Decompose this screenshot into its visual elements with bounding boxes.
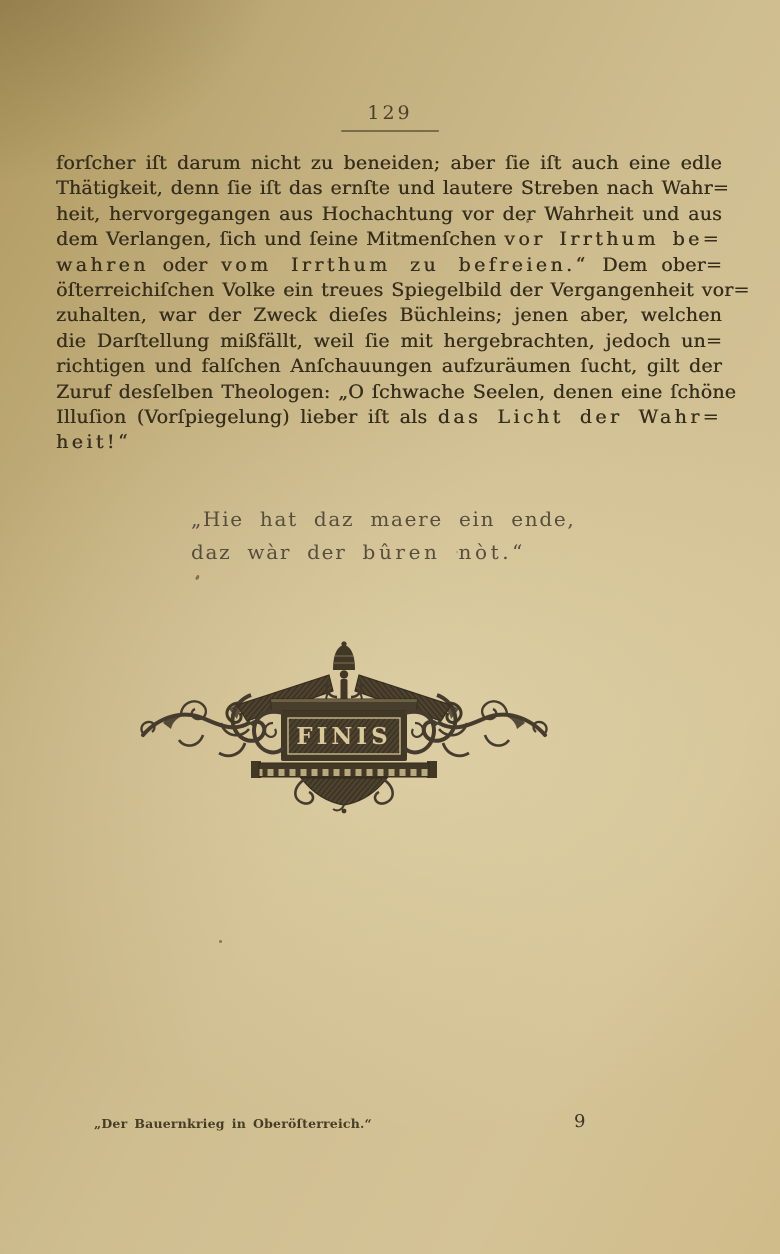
body-line: zuhalten, war der Zweck dieſes Büchleins… bbox=[56, 303, 722, 328]
text-segment: oder bbox=[149, 254, 221, 276]
page-number: 129 bbox=[0, 102, 780, 124]
ink-speck bbox=[219, 940, 222, 943]
text-segment: Dem ober= bbox=[589, 254, 722, 276]
verse-line: „Hie hat daz maere ein ende, bbox=[191, 503, 575, 536]
text-segment: Illuſion (Vorſpiegelung) lieber iſt als bbox=[56, 406, 438, 428]
text-segment: vor Irrthum be= bbox=[504, 228, 722, 250]
text-segment: heit, hervorgegangen aus Hochachtung vor… bbox=[56, 203, 722, 225]
text-segment: dem Verlangen, ſich und ſeine Mitmenſche… bbox=[56, 228, 504, 250]
text-segment: heit!“ bbox=[56, 431, 131, 453]
ink-speck bbox=[526, 220, 529, 223]
body-line: Zuruf desſelben Theologen: „O ſchwache S… bbox=[56, 380, 722, 405]
text-segment: Thätigkeit, denn ſie iſt das ernſte und … bbox=[56, 177, 729, 199]
body-line: forſcher iſt darum nicht zu beneiden; ab… bbox=[56, 151, 722, 176]
body-line: dem Verlangen, ſich und ſeine Mitmenſche… bbox=[56, 227, 722, 252]
text-segment: „Hie hat daz maere ein ende, bbox=[191, 507, 575, 531]
verse-line: daz wàr der bûren nòt.“ bbox=[191, 536, 575, 569]
finis-ornament: FINIS bbox=[133, 639, 555, 817]
text-segment: die Darſtellung mißfällt, weil ſie mit h… bbox=[56, 330, 722, 352]
body-paragraph: forſcher iſt darum nicht zu beneiden; ab… bbox=[56, 151, 722, 456]
ink-speck bbox=[195, 575, 200, 581]
finis-ornament-graphic: FINIS bbox=[133, 639, 555, 817]
body-line: die Darſtellung mißfällt, weil ſie mit h… bbox=[56, 329, 722, 354]
text-segment: forſcher iſt darum nicht zu beneiden; ab… bbox=[56, 152, 722, 174]
body-line: heit, hervorgegangen aus Hochachtung vor… bbox=[56, 202, 722, 227]
footer-signature-number: 9 bbox=[574, 1111, 585, 1132]
book-page: 129 forſcher iſt darum nicht zu beneiden… bbox=[0, 0, 780, 1254]
text-segment: Zuruf desſelben Theologen: „O ſchwache S… bbox=[56, 381, 736, 403]
body-line: Illuſion (Vorſpiegelung) lieber iſt als … bbox=[56, 405, 722, 430]
text-segment: richtigen und falſchen Anſchauungen aufz… bbox=[56, 355, 722, 377]
text-segment: das Licht der Wahr= bbox=[438, 406, 722, 428]
page-number-rule bbox=[341, 130, 439, 132]
text-segment: vom Irrthum zu befreien.“ bbox=[221, 254, 588, 276]
text-segment: bûren nòt.“ bbox=[363, 540, 526, 564]
text-segment: öſterreichiſchen Volke ein treues Spiege… bbox=[56, 279, 750, 301]
ink-speck bbox=[456, 551, 458, 553]
body-line: richtigen und falſchen Anſchauungen aufz… bbox=[56, 354, 722, 379]
body-line: Thätigkeit, denn ſie iſt das ernſte und … bbox=[56, 176, 722, 201]
text-segment: zuhalten, war der Zweck dieſes Büchleins… bbox=[56, 304, 722, 326]
body-line: wahren oder vom Irrthum zu befreien.“ De… bbox=[56, 253, 722, 278]
verse-quote: „Hie hat daz maere ein ende,daz wàr der … bbox=[191, 503, 575, 569]
text-segment: wahren bbox=[56, 254, 149, 276]
body-line: öſterreichiſchen Volke ein treues Spiege… bbox=[56, 278, 722, 303]
footer-book-title: „Der Bauernkrieg in Oberöſterreich.“ bbox=[94, 1116, 372, 1131]
body-line: heit!“ bbox=[56, 430, 722, 455]
text-segment: daz wàr der bbox=[191, 540, 363, 564]
finis-label: FINIS bbox=[296, 723, 391, 750]
